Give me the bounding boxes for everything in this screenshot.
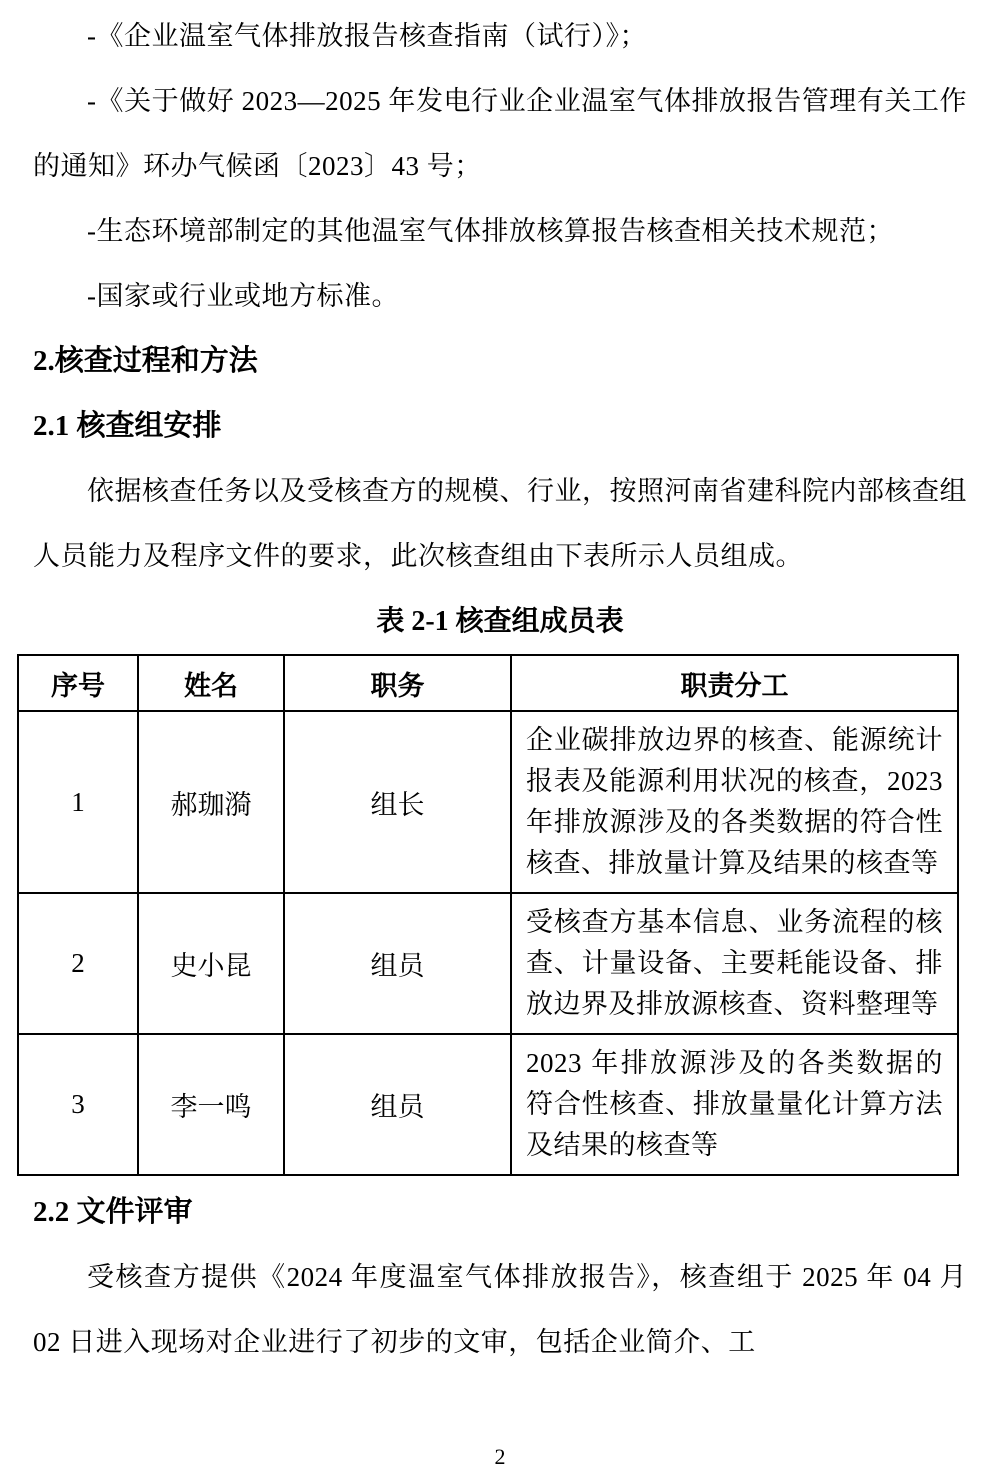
cell-role: 组员: [284, 893, 511, 1034]
header-cell-duty: 职责分工: [511, 655, 958, 711]
cell-role: 组长: [284, 711, 511, 893]
cell-number: 2: [18, 893, 138, 1034]
page-number: 2: [0, 1445, 1000, 1469]
reference-item-4: -国家或行业或地方标准。: [33, 264, 967, 329]
table-header-row: 序号 姓名 职务 职责分工: [18, 655, 958, 711]
table-2-1-title: 表 2-1 核查组成员表: [33, 589, 967, 654]
cell-duty: 受核查方基本信息、业务流程的核查、计量设备、主要耗能设备、排放边界及排放源核查、…: [511, 893, 958, 1034]
cell-name: 郝珈漪: [138, 711, 284, 893]
cell-name: 李一鸣: [138, 1034, 284, 1175]
header-cell-name: 姓名: [138, 655, 284, 711]
cell-duty: 企业碳排放边界的核查、能源统计报表及能源利用状况的核查，2023 年排放源涉及的…: [511, 711, 958, 893]
cell-role: 组员: [284, 1034, 511, 1175]
cell-number: 1: [18, 711, 138, 893]
table-row: 3 李一鸣 组员 2023 年排放源涉及的各类数据的符合性核查、排放量量化计算方…: [18, 1034, 958, 1175]
section-2-1-paragraph: 依据核查任务以及受核查方的规模、行业，按照河南省建科院内部核查组人员能力及程序文…: [33, 459, 967, 589]
section-2-2-paragraph: 受核查方提供《2024 年度温室气体排放报告》，核查组于 2025 年 04 月…: [33, 1245, 967, 1375]
section-2-1-heading: 2.1 核查组安排: [33, 394, 967, 459]
section-2-2-heading: 2.2 文件评审: [33, 1180, 967, 1245]
reference-item-1: -《企业温室气体排放报告核查指南（试行）》；: [33, 4, 967, 69]
table-row: 2 史小昆 组员 受核查方基本信息、业务流程的核查、计量设备、主要耗能设备、排放…: [18, 893, 958, 1034]
cell-number: 3: [18, 1034, 138, 1175]
header-cell-role: 职务: [284, 655, 511, 711]
reference-item-2: -《关于做好 2023—2025 年发电行业企业温室气体排放报告管理有关工作的通…: [33, 69, 967, 199]
document-body: -《企业温室气体排放报告核查指南（试行）》； -《关于做好 2023—2025 …: [0, 0, 1000, 1375]
table-row: 1 郝珈漪 组长 企业碳排放边界的核查、能源统计报表及能源利用状况的核查，202…: [18, 711, 958, 893]
verification-team-table: 序号 姓名 职务 职责分工 1 郝珈漪 组长 企业碳排放边界的核查、能源统计报表…: [17, 654, 959, 1176]
header-cell-number: 序号: [18, 655, 138, 711]
section-2-heading: 2.核查过程和方法: [33, 329, 967, 394]
reference-item-3: -生态环境部制定的其他温室气体排放核算报告核查相关技术规范；: [33, 199, 967, 264]
cell-duty: 2023 年排放源涉及的各类数据的符合性核查、排放量量化计算方法及结果的核查等: [511, 1034, 958, 1175]
document-page: -《企业温室气体排放报告核查指南（试行）》； -《关于做好 2023—2025 …: [0, 0, 1000, 1477]
cell-name: 史小昆: [138, 893, 284, 1034]
